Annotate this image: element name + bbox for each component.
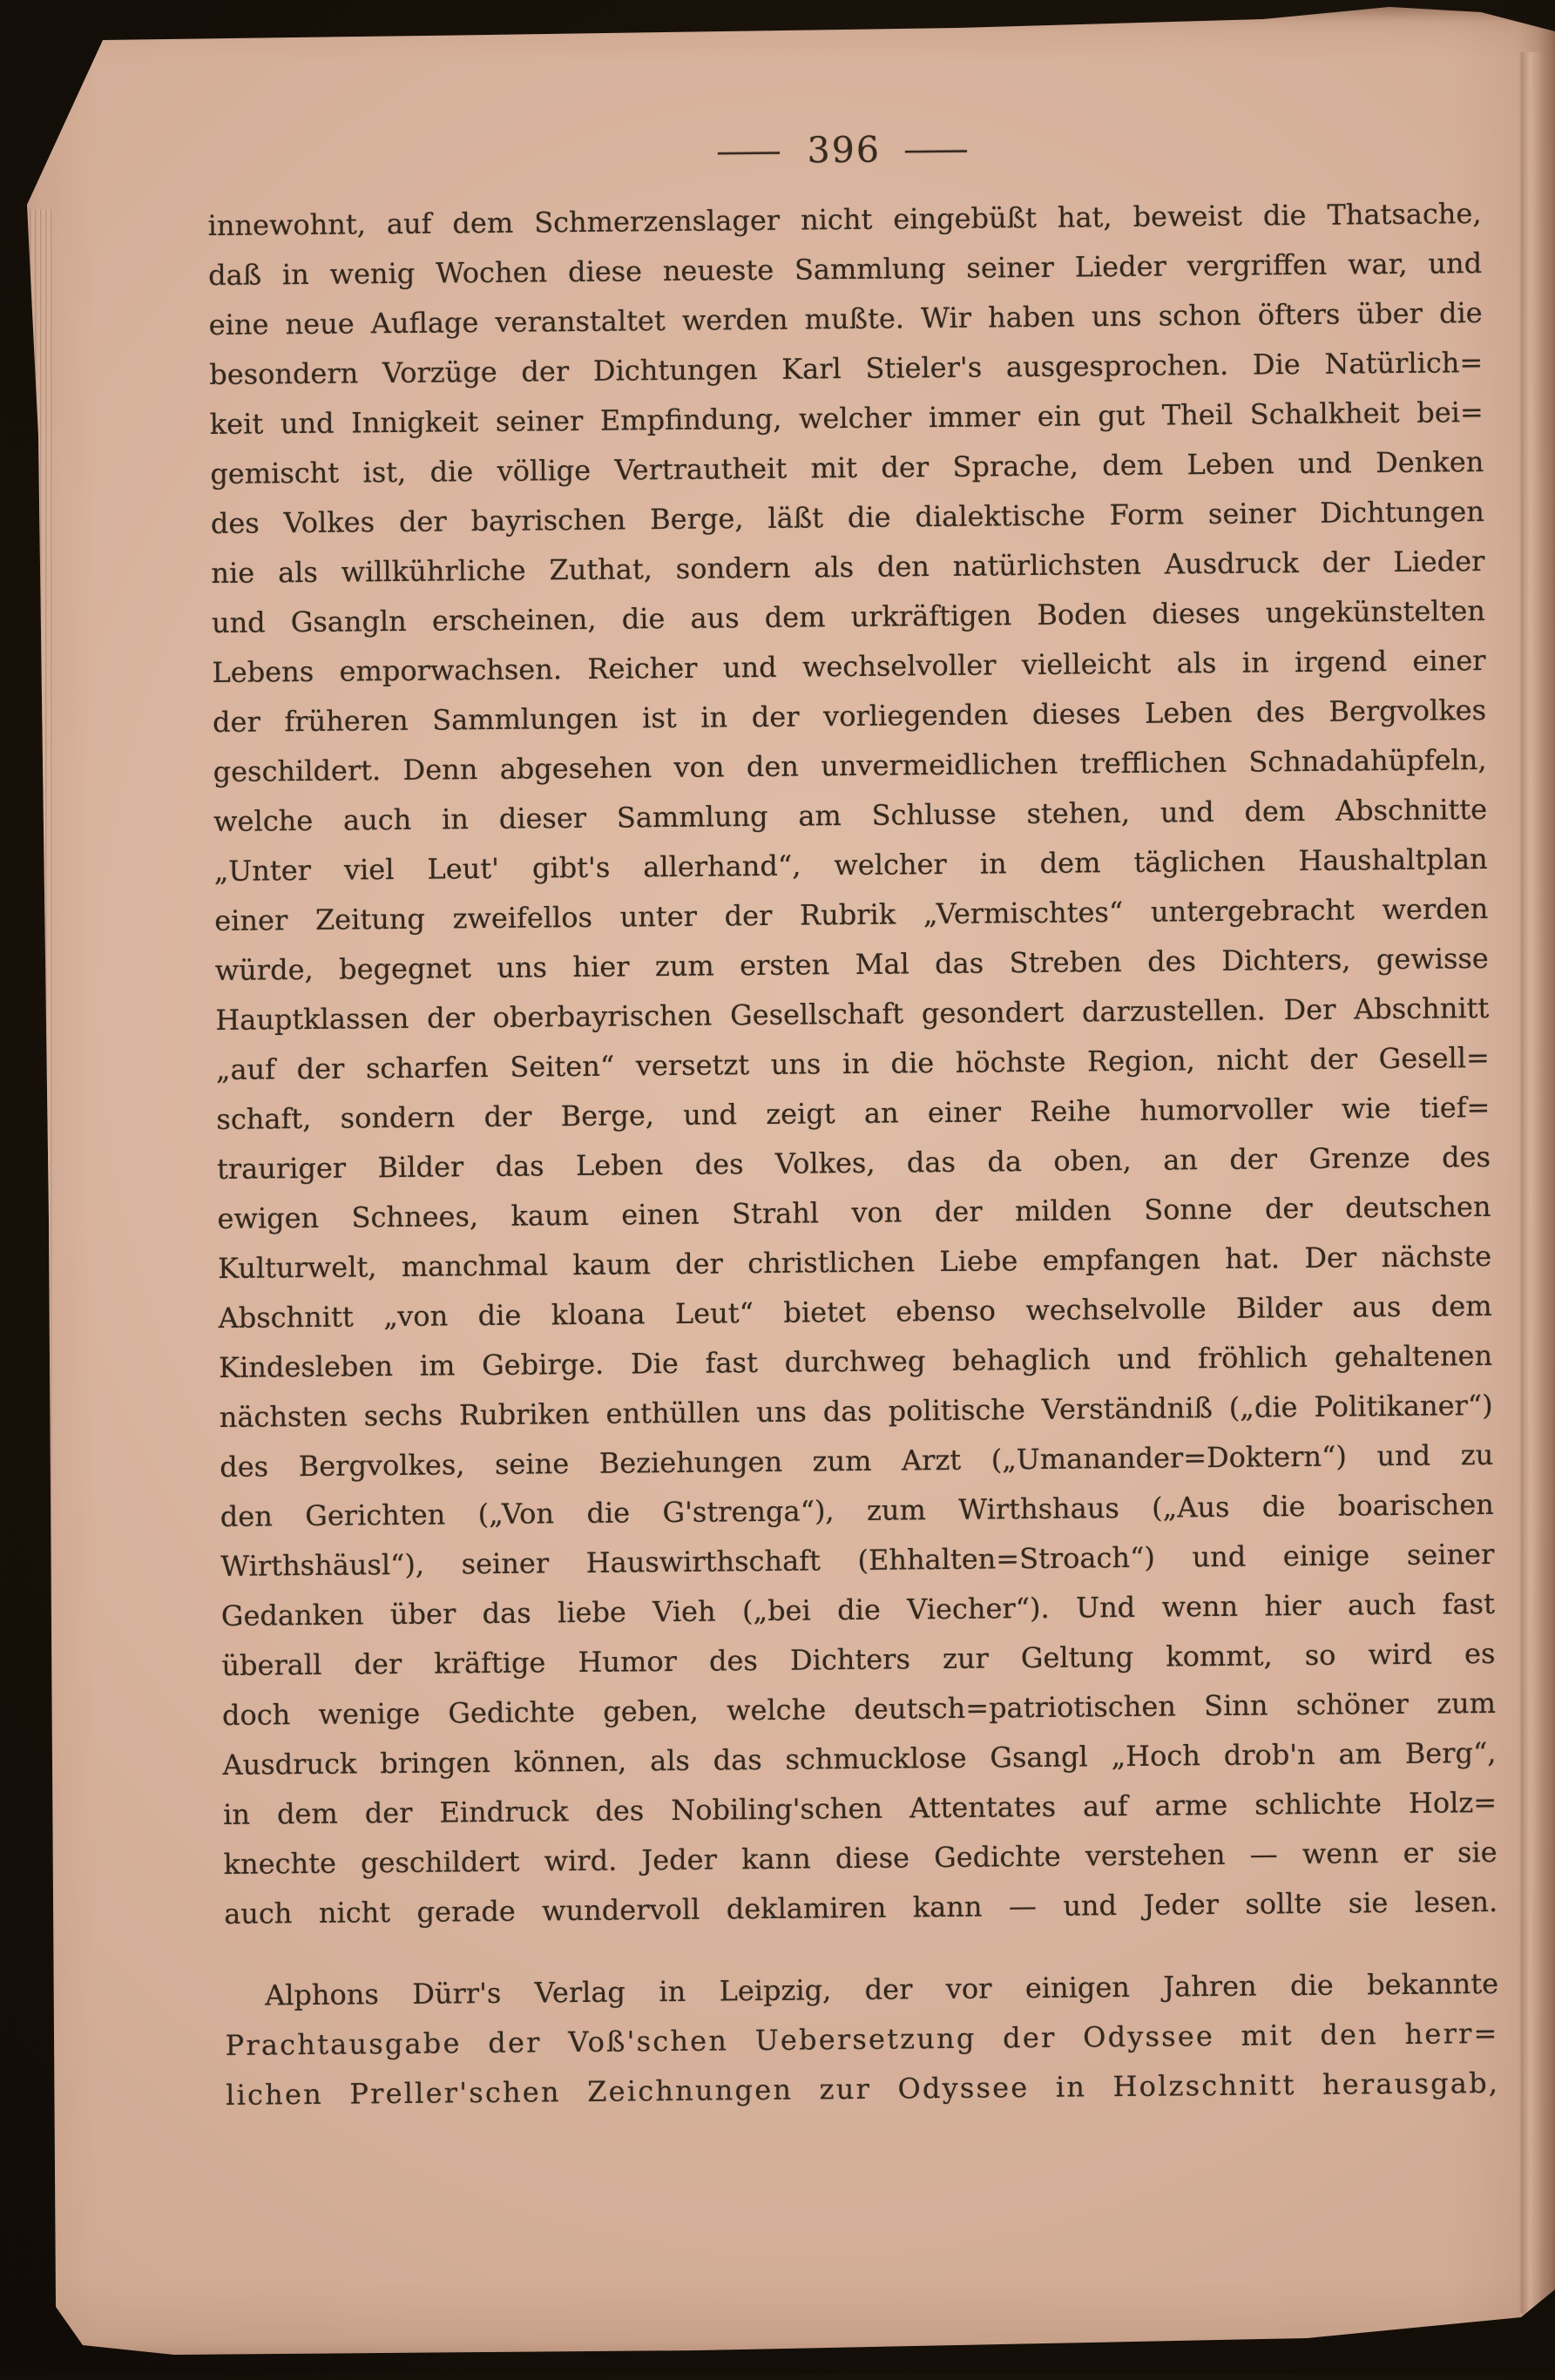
header-dash-left: — (714, 127, 786, 175)
paragraph-1: innewohnt, auf dem Schmerzenslager nicht… (207, 189, 1498, 1939)
text-column: —396— innewohnt, auf dem Schmerzenslager… (206, 0, 1502, 2374)
page-header: —396— (207, 118, 1482, 182)
book-page: —396— innewohnt, auf dem Schmerzenslager… (0, 0, 1555, 2374)
page-edge-stack (30, 209, 52, 2339)
header-dash-right: — (902, 125, 973, 173)
page-number: 396 (807, 129, 881, 172)
page-right-seam (1519, 52, 1542, 2313)
paragraph-2: Alphons Dürr's Verlag in Leipzig, der vo… (225, 1959, 1500, 2120)
